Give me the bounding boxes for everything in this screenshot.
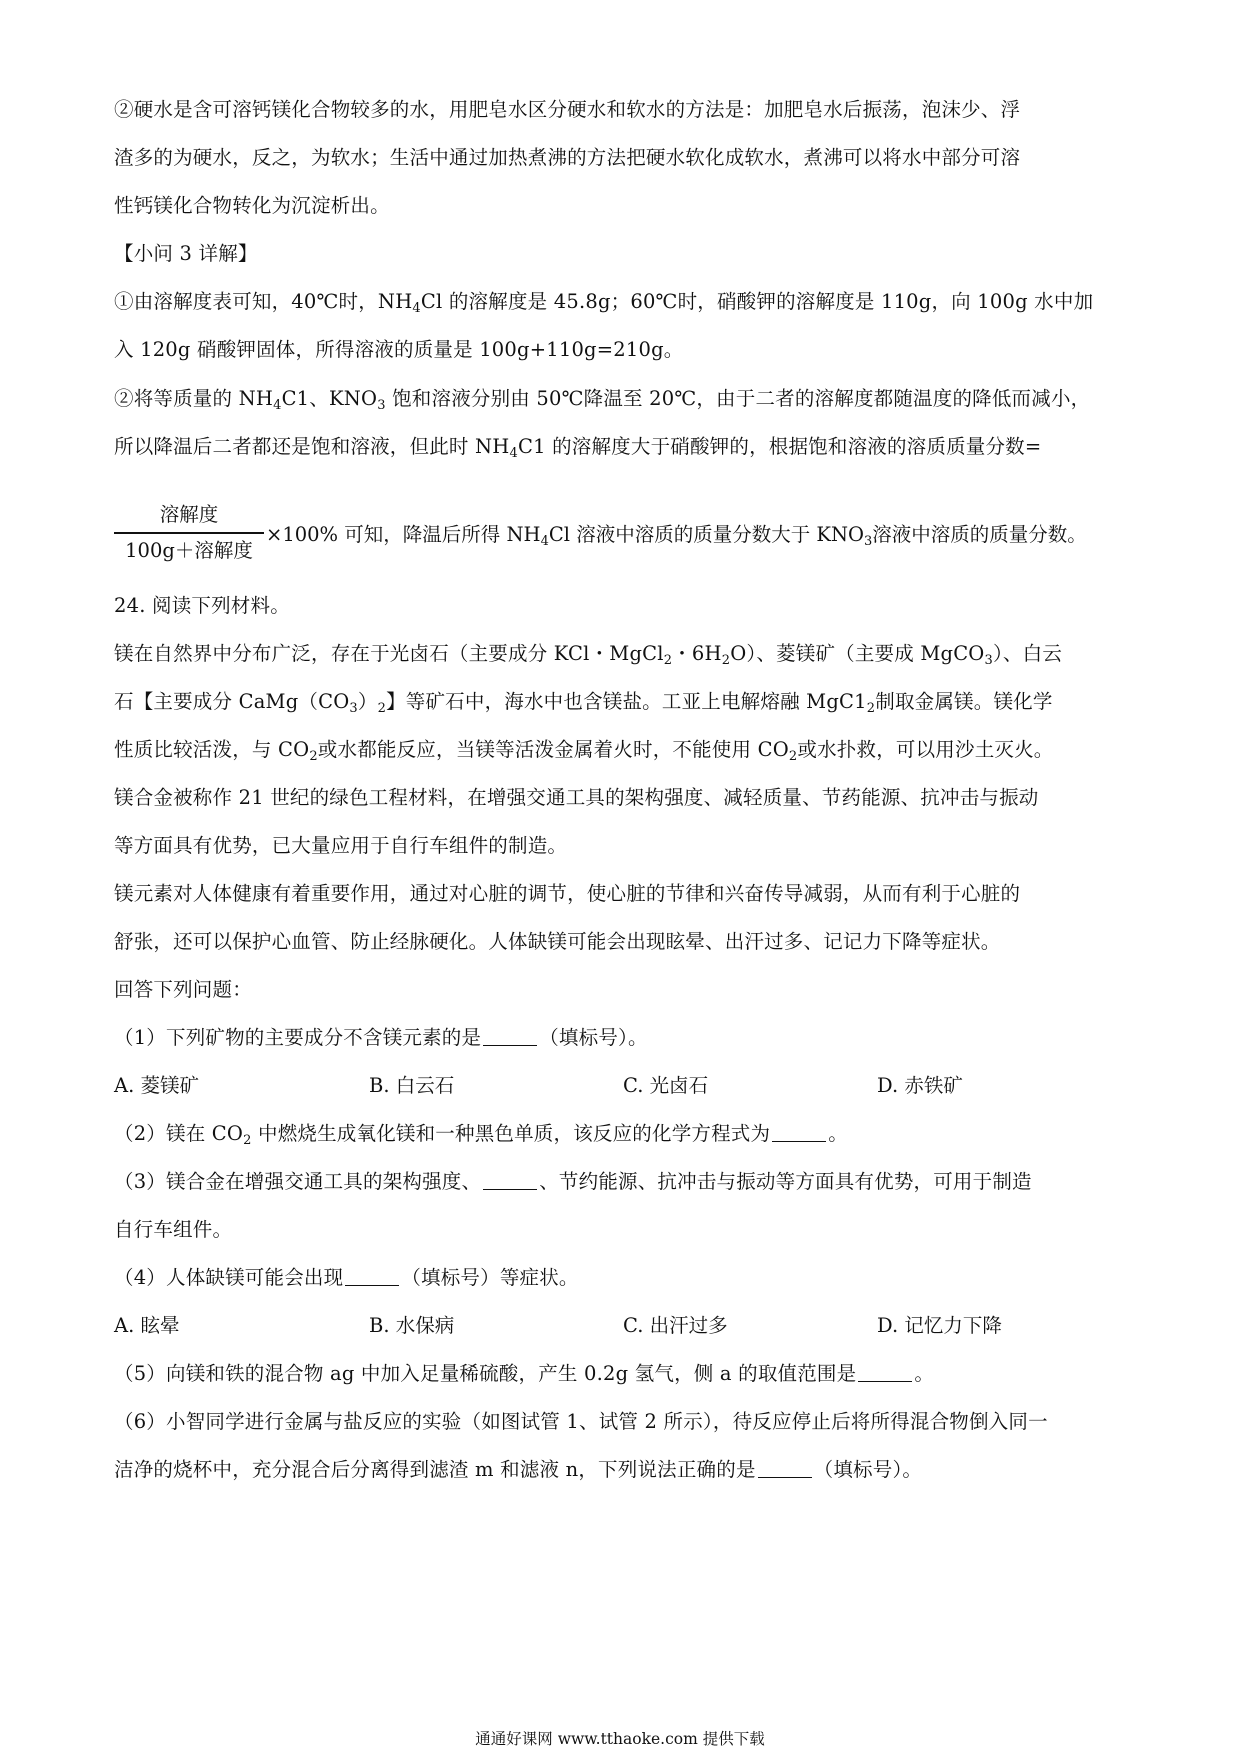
text: （3）镁合金在增强交通工具的架构强度、 xyxy=(114,1170,481,1193)
text: 。 xyxy=(914,1362,934,1385)
subscript: 4 xyxy=(412,301,420,316)
answer-blank xyxy=(483,1027,537,1046)
subquestion-2: （2）镁在 CO2 中燃烧生成氧化镁和一种黑色单质，该反应的化学方程式为。 xyxy=(114,1120,848,1155)
answer-blank xyxy=(483,1171,537,1190)
text: 或水都能反应，当镁等活泼金属着火时，不能使用 CO xyxy=(318,738,789,761)
fraction-bar xyxy=(114,532,264,534)
text: 中燃烧生成氧化镁和一种黑色单质，该反应的化学方程式为 xyxy=(252,1122,771,1145)
subscript: 2 xyxy=(664,653,672,668)
subscript: 4 xyxy=(541,534,549,549)
paragraph-line: ①由溶解度表可知，40℃时，NH4Cl 的溶解度是 45.8g；60℃时，硝酸钾… xyxy=(114,288,1093,323)
text: 。 xyxy=(828,1122,848,1145)
answer-blank xyxy=(345,1267,399,1286)
paragraph-line: 渣多的为硬水，反之，为软水；生活中通过加热煮沸的方法把硬水软化成软水，煮沸可以将… xyxy=(114,144,1020,172)
text: （1）下列矿物的主要成分不含镁元素的是 xyxy=(114,1026,481,1049)
subquestion-6-cont: 洁净的烧杯中，充分混合后分离得到滤渣 m 和滤液 n，下列说法正确的是（填标号）… xyxy=(114,1456,922,1484)
option-c: C. 出汗过多 xyxy=(623,1312,728,1340)
answer-blank xyxy=(772,1123,826,1142)
subscript: 2 xyxy=(243,1133,251,1148)
paragraph-line: 入 120g 硝酸钾固体，所得溶液的质量是 100g+110g=210g。 xyxy=(114,336,683,364)
text: 、节约能源、抗冲击与振动等方面具有优势，可用于制造 xyxy=(539,1170,1032,1193)
text: 制取金属镁。镁化学 xyxy=(875,690,1052,713)
text: 或水扑救，可以用沙土灭火。 xyxy=(797,738,1053,761)
text: 饱和溶液分别由 50℃降温至 20℃，由于二者的溶解度都随温度的降低而减小， xyxy=(386,387,1091,410)
subquestion-3: （3）镁合金在增强交通工具的架构强度、、节约能源、抗冲击与振动等方面具有优势，可… xyxy=(114,1168,1032,1196)
subquestion-4: （4）人体缺镁可能会出现（填标号）等症状。 xyxy=(114,1264,579,1292)
text: Cl 的溶解度是 45.8g；60℃时，硝酸钾的溶解度是 110g，向 100g… xyxy=(421,290,1093,313)
fraction-formula: 溶解度 100g＋溶解度 xyxy=(114,500,264,566)
subscript: 2 xyxy=(309,749,317,764)
fraction-numerator: 溶解度 xyxy=(114,500,264,530)
text: C1、KNO xyxy=(282,387,378,410)
section-heading: 【小问 3 详解】 xyxy=(114,240,258,268)
text: ②将等质量的 NH xyxy=(114,387,273,410)
subscript: 3 xyxy=(349,701,357,716)
question-title: 24. 阅读下列材料。 xyxy=(114,592,290,620)
text: 溶液中溶质的质量分数。 xyxy=(872,523,1087,546)
text: （填标号）等症状。 xyxy=(401,1266,578,1289)
option-c: C. 光卤石 xyxy=(623,1072,708,1100)
fraction-denominator: 100g＋溶解度 xyxy=(114,536,264,566)
paragraph-line: ×100% 可知，降温后所得 NH4Cl 溶液中溶质的质量分数大于 KNO3溶液… xyxy=(266,521,1087,556)
option-a: A. 眩晕 xyxy=(114,1312,179,1340)
text: O）、菱镁矿（主要成 MgCO xyxy=(730,642,984,665)
text: ） xyxy=(358,690,378,713)
subscript: 4 xyxy=(509,446,517,461)
subscript: 4 xyxy=(273,398,281,413)
page-footer: 通通好课网 www.tthaoke.com 提供下载 xyxy=(0,1727,1240,1749)
paragraph-line: ②将等质量的 NH4C1、KNO3 饱和溶液分别由 50℃降温至 20℃，由于二… xyxy=(114,385,1090,420)
subscript: 3 xyxy=(985,653,993,668)
prompt-line: 回答下列问题： xyxy=(114,976,252,1004)
subscript: 2 xyxy=(378,701,386,716)
subscript: 3 xyxy=(377,398,385,413)
text: ）、白云 xyxy=(993,642,1062,665)
material-line: 舒张，还可以保护心血管、防止经脉硬化。人体缺镁可能会出现眩晕、出汗过多、记记力下… xyxy=(114,928,1001,956)
option-a: A. 菱镁矿 xyxy=(114,1072,199,1100)
text: （4）人体缺镁可能会出现 xyxy=(114,1266,343,1289)
paragraph-line: ②硬水是含可溶钙镁化合物较多的水，用肥皂水区分硬水和软水的方法是：加肥皂水后振荡… xyxy=(114,96,1020,124)
subquestion-6: （6）小智同学进行金属与盐反应的实验（如图试管 1、试管 2 所示），待反应停止… xyxy=(114,1408,1048,1436)
answer-blank xyxy=(858,1363,912,1382)
text: （填标号）。 xyxy=(814,1458,922,1481)
option-d: D. 赤铁矿 xyxy=(877,1072,963,1100)
text: Cl 溶液中溶质的质量分数大于 KNO xyxy=(549,523,864,546)
text: C1 的溶解度大于硝酸钾的，根据饱和溶液的溶质质量分数= xyxy=(518,435,1041,458)
text: （2）镁在 CO xyxy=(114,1122,243,1145)
text: 石【主要成分 CaMg（CO xyxy=(114,690,349,713)
text: 性质比较活泼，与 CO xyxy=(114,738,309,761)
option-b: B. 水保病 xyxy=(369,1312,454,1340)
text: （填标号）。 xyxy=(539,1026,647,1049)
text: 镁在自然界中分布广泛，存在于光卤石（主要成分 KCl・MgCl xyxy=(114,642,664,665)
material-line: 石【主要成分 CaMg（CO3）2】等矿石中，海水中也含镁盐。工亚上电解熔融 M… xyxy=(114,688,1053,723)
paragraph-line: 性钙镁化合物转化为沉淀析出。 xyxy=(114,192,390,220)
material-line: 镁在自然界中分布广泛，存在于光卤石（主要成分 KCl・MgCl2・6H2O）、菱… xyxy=(114,640,1062,675)
option-d: D. 记忆力下降 xyxy=(877,1312,1002,1340)
material-line: 镁合金被称作 21 世纪的绿色工程材料，在增强交通工具的架构强度、减轻质量、节药… xyxy=(114,784,1039,812)
subquestion-1: （1）下列矿物的主要成分不含镁元素的是（填标号）。 xyxy=(114,1024,648,1052)
material-line: 镁元素对人体健康有着重要作用，通过对心脏的调节，使心脏的节律和兴奋传导减弱，从而… xyxy=(114,880,1020,908)
subscript: 2 xyxy=(867,701,875,716)
material-line: 等方面具有优势，已大量应用于自行车组件的制造。 xyxy=(114,832,567,860)
text: 洁净的烧杯中，充分混合后分离得到滤渣 m 和滤液 n，下列说法正确的是 xyxy=(114,1458,756,1481)
option-b: B. 白云石 xyxy=(369,1072,454,1100)
paragraph-line: 所以降温后二者都还是饱和溶液，但此时 NH4C1 的溶解度大于硝酸钾的，根据饱和… xyxy=(114,433,1041,468)
answer-blank xyxy=(758,1459,812,1478)
text: ・6H xyxy=(672,642,722,665)
subquestion-5: （5）向镁和铁的混合物 ag 中加入足量稀硫酸，产生 0.2g 氢气，侧 a 的… xyxy=(114,1360,934,1388)
text: ×100% 可知，降温后所得 NH xyxy=(266,523,541,546)
text: 所以降温后二者都还是饱和溶液，但此时 NH xyxy=(114,435,509,458)
text: （5）向镁和铁的混合物 ag 中加入足量稀硫酸，产生 0.2g 氢气，侧 a 的… xyxy=(114,1362,856,1385)
subscript: 2 xyxy=(722,653,730,668)
subquestion-3-cont: 自行车组件。 xyxy=(114,1216,232,1244)
material-line: 性质比较活泼，与 CO2或水都能反应，当镁等活泼金属着火时，不能使用 CO2或水… xyxy=(114,736,1054,771)
text: 】等矿石中，海水中也含镁盐。工亚上电解熔融 MgC1 xyxy=(386,690,867,713)
text: ①由溶解度表可知，40℃时，NH xyxy=(114,290,412,313)
